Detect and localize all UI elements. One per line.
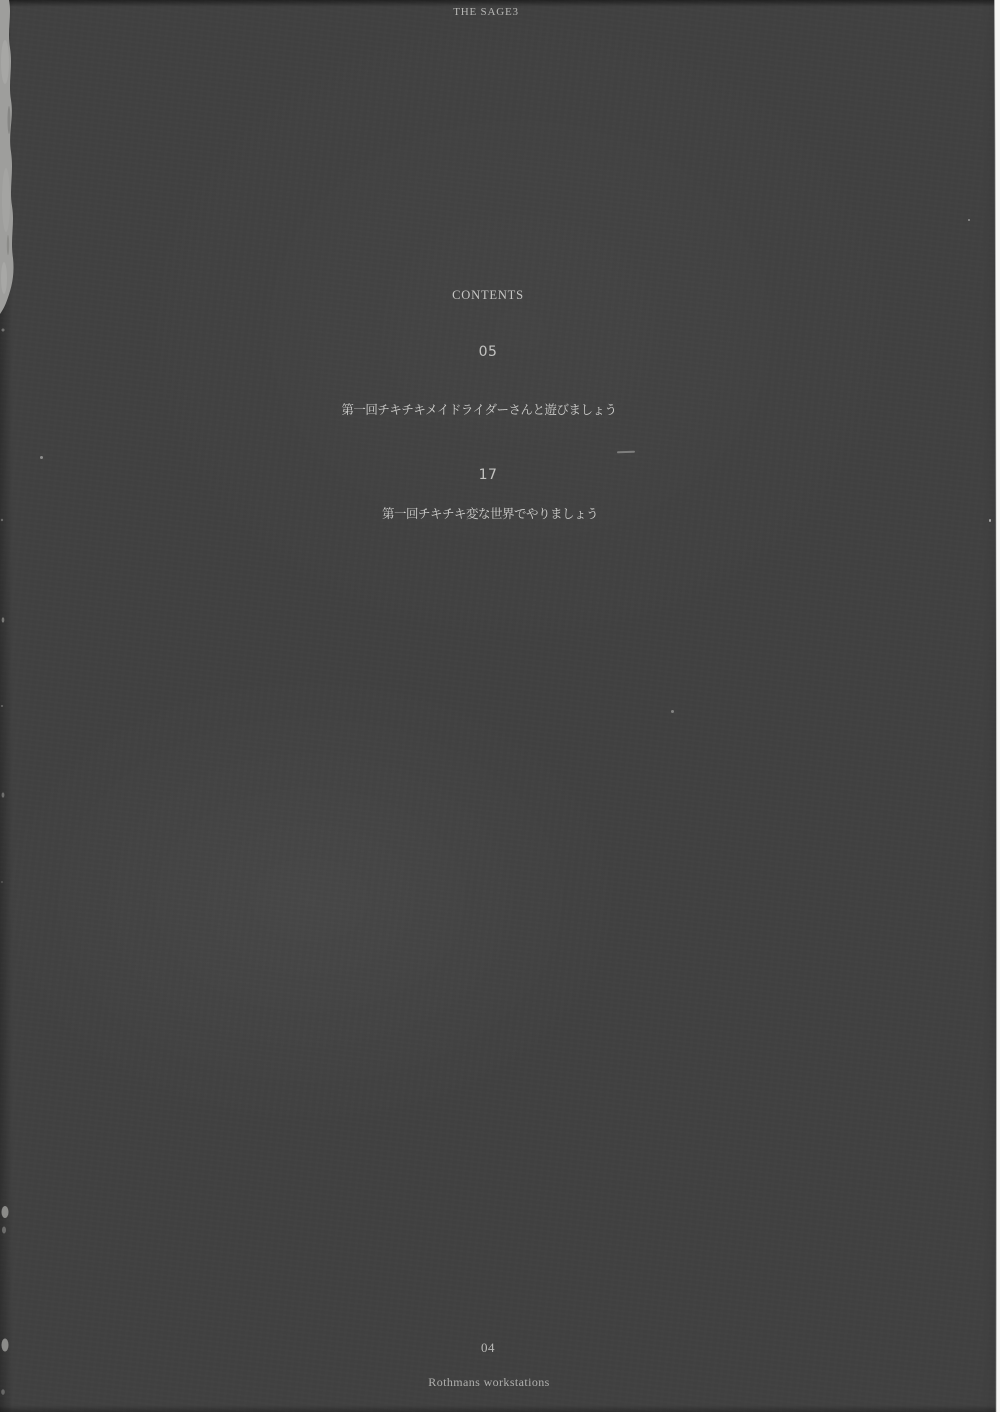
toc-entry-1-page-number: 05: [0, 344, 988, 360]
scan-dust-speck: [671, 710, 674, 713]
toc-entry-2-title: 第一回チキチキ変な世界でやりましょう: [0, 507, 990, 521]
page-shading-vignette: [0, 0, 1000, 1412]
scan-scratch-mark: [617, 451, 635, 454]
book-title: THE SAGE3: [0, 6, 986, 19]
scan-dust-speck: [968, 219, 970, 221]
scanned-contents-page: THE SAGE3 CONTENTS 05 第一回チキチキメイドライダーさんと遊…: [0, 0, 1000, 1412]
right-edge-white-strip: [985, 0, 1000, 1412]
contents-heading: CONTENTS: [0, 288, 988, 302]
toc-entry-1-title: 第一回チキチキメイドライダーさんと遊びましょう: [0, 403, 979, 417]
footer-page-number: 04: [0, 1341, 988, 1356]
toc-entry-2-page-number: 17: [0, 467, 988, 483]
footer-credit: Rothmans workstations: [0, 1376, 989, 1390]
scan-dust-speck: [40, 456, 43, 459]
left-paper-edge-artifact: [0, 0, 20, 1412]
